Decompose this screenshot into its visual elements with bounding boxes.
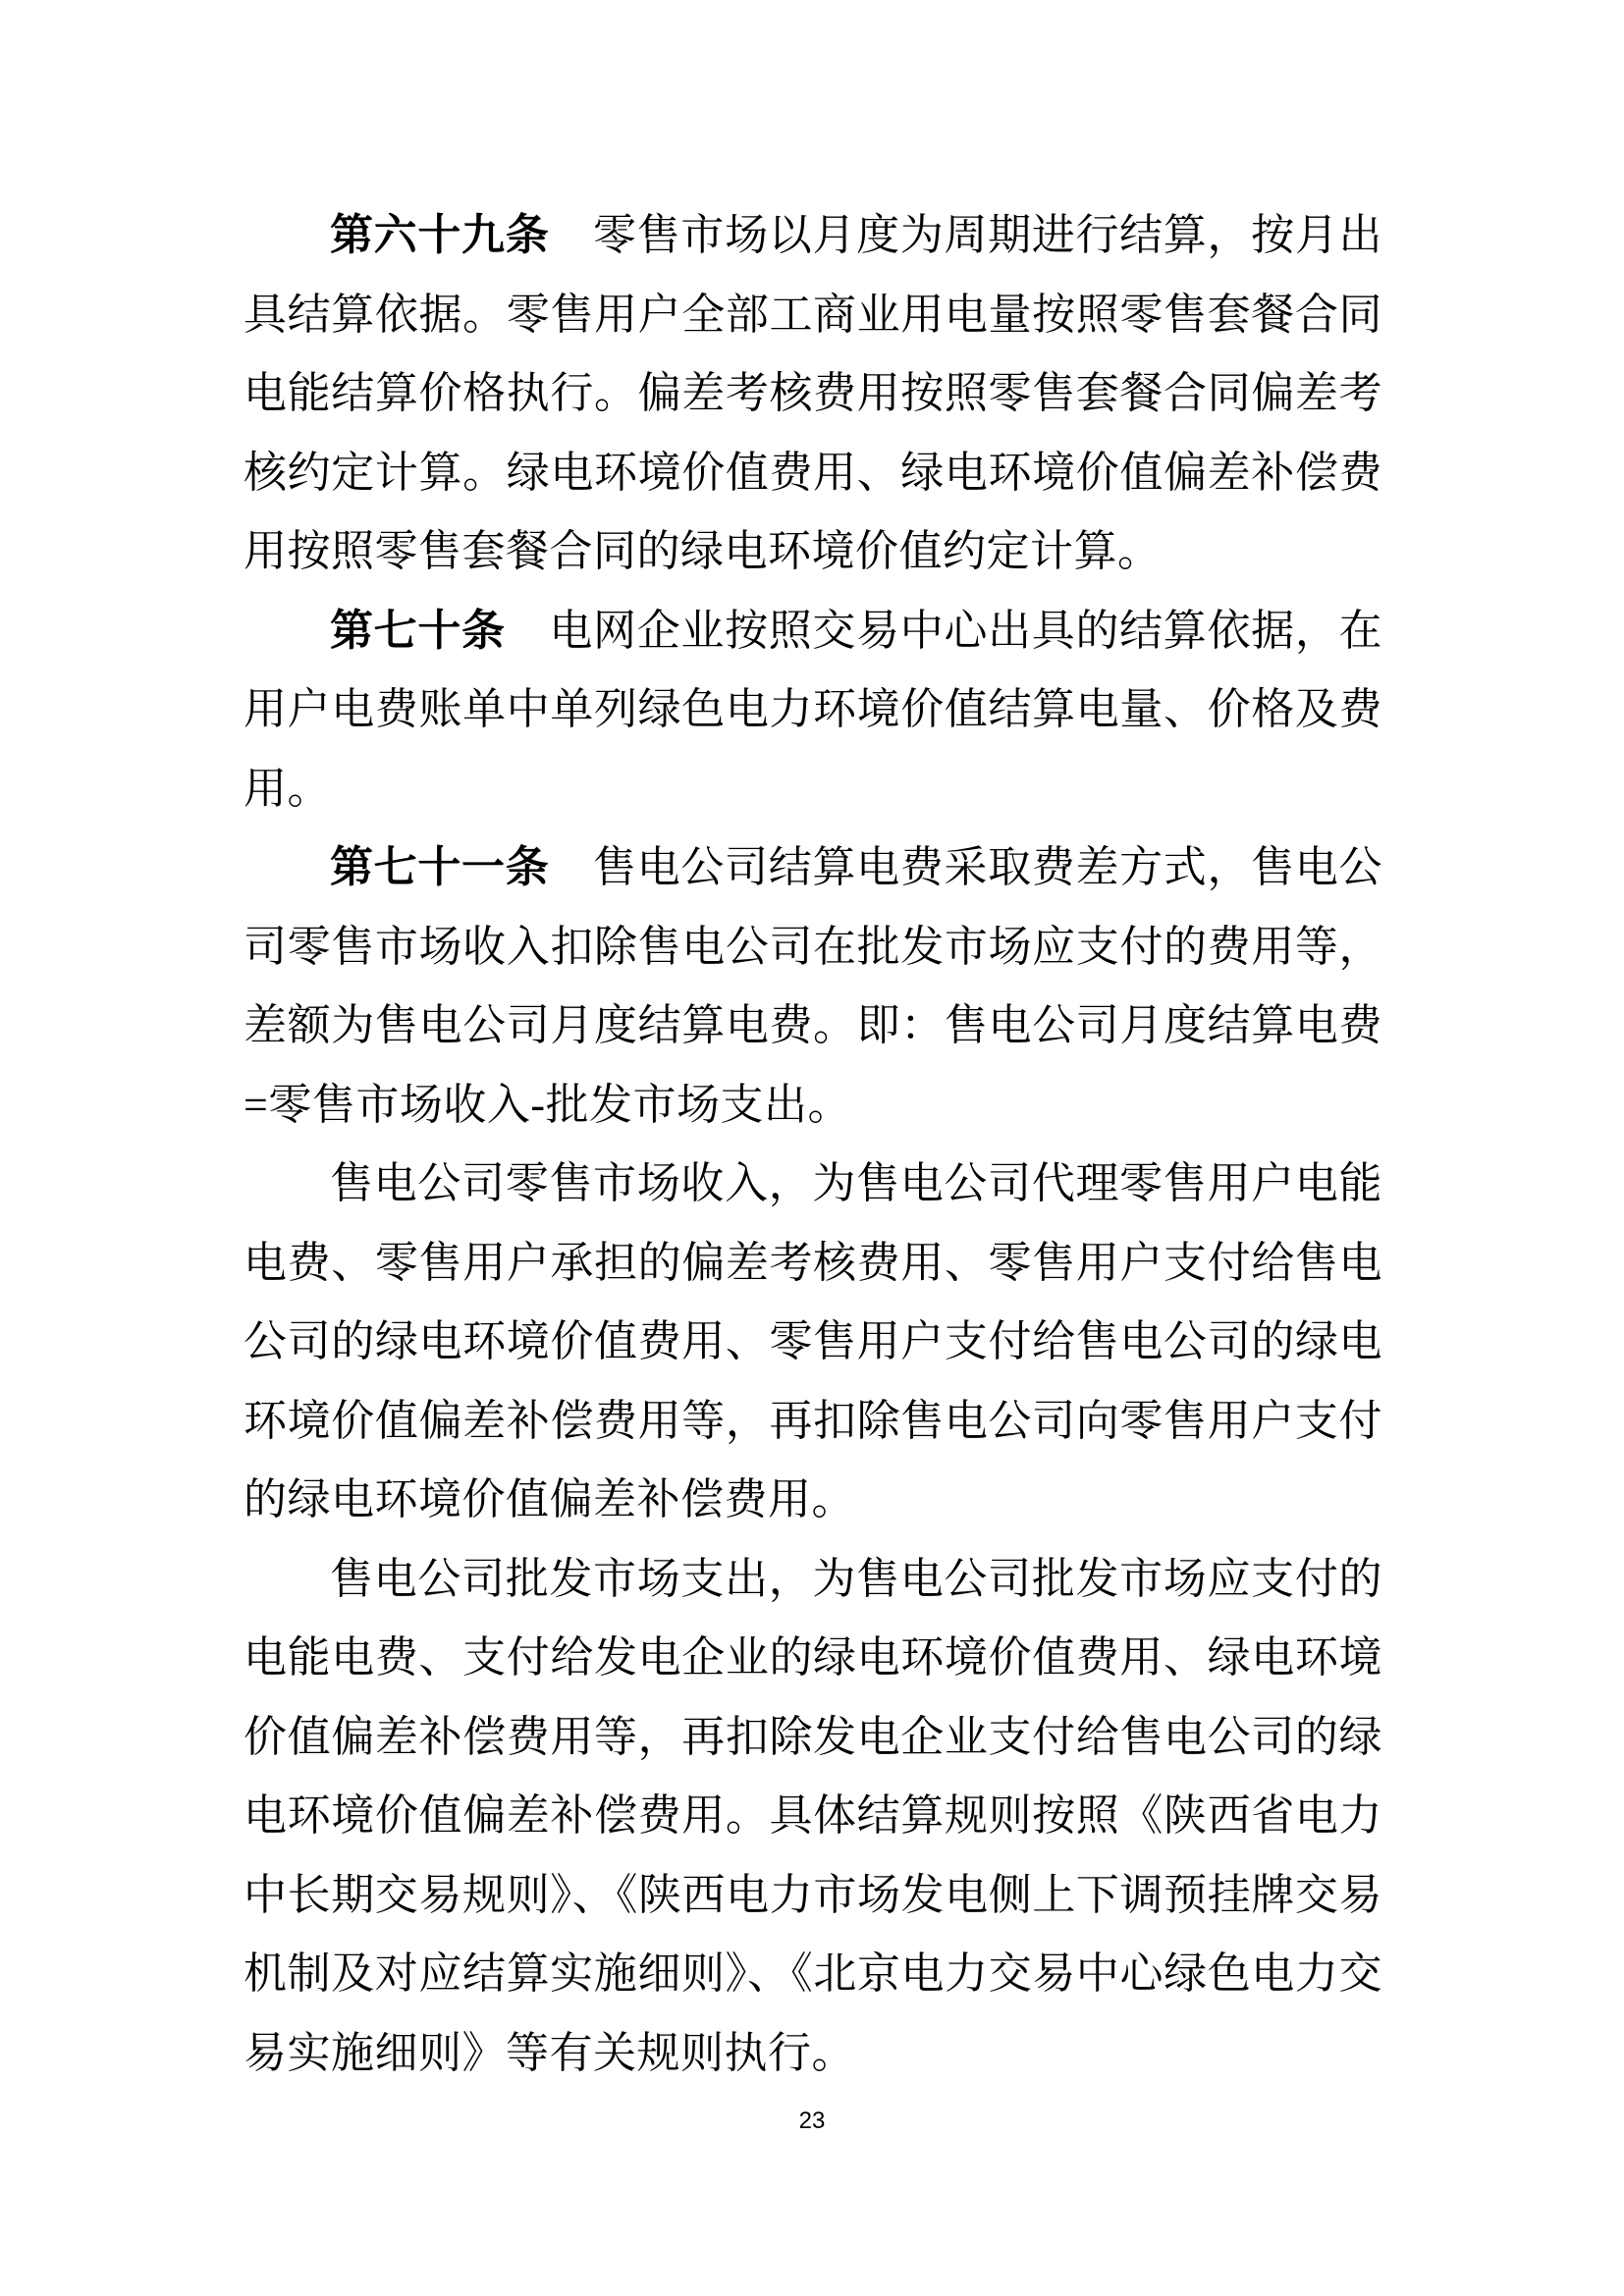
article-71-paragraph: 第七十一条 售电公司结算电费采取费差方式，售电公司零售市场收入扣除售电公司在批发… <box>244 828 1382 1145</box>
article-70-heading: 第七十条 <box>330 607 506 655</box>
retail-market-income-text: 售电公司零售市场收入，为售电公司代理零售用户电能电费、零售用户承担的偏差考核费用… <box>244 1159 1382 1523</box>
article-69-text: 零售市场以月度为周期进行结算，按月出具结算依据。零售用户全部工商业用电量按照零售… <box>244 211 1382 575</box>
article-69-paragraph: 第六十九条 零售市场以月度为周期进行结算，按月出具结算依据。零售用户全部工商业用… <box>244 196 1382 592</box>
article-70-paragraph: 第七十条 电网企业按照交易中心出具的结算依据，在用户电费账单中单列绿色电力环境价… <box>244 592 1382 829</box>
wholesale-market-expense-text: 售电公司批发市场支出，为售电公司批发市场应支付的电能电费、支付给发电企业的绿电环… <box>244 1555 1382 2077</box>
document-body-text: 第六十九条 零售市场以月度为周期进行结算，按月出具结算依据。零售用户全部工商业用… <box>244 196 1382 2093</box>
page-number: 23 <box>0 2107 1624 2136</box>
retail-market-income-paragraph: 售电公司零售市场收入，为售电公司代理零售用户电能电费、零售用户承担的偏差考核费用… <box>244 1145 1382 1540</box>
article-71-heading: 第七十一条 <box>330 843 549 891</box>
document-page: 第六十九条 零售市场以月度为周期进行结算，按月出具结算依据。零售用户全部工商业用… <box>0 0 1624 2296</box>
wholesale-market-expense-paragraph: 售电公司批发市场支出，为售电公司批发市场应支付的电能电费、支付给发电企业的绿电环… <box>244 1540 1382 2094</box>
article-69-heading: 第六十九条 <box>330 211 549 259</box>
